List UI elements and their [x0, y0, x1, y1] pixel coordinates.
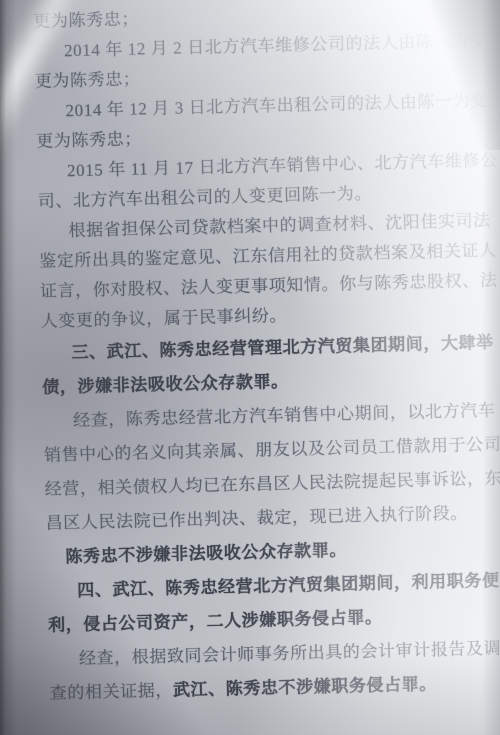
text-run: 更为陈秀忠； [36, 129, 142, 151]
text-run: 经营，相关债权人均已在东昌区人民法院提起民事诉讼，东 [45, 469, 500, 499]
text-run: 四、武江、陈秀忠经营北方汽贸集团期间，利用职务便 [77, 571, 500, 600]
text-run: 人变更的争议，属于民事纠纷。 [40, 306, 287, 331]
document-photo: 更为陈秀忠；2014 年 12 月 2 日北方汽车维修公司的法人由陈一为变更为陈… [0, 0, 500, 735]
text-run: 更为陈秀忠； [33, 9, 139, 31]
text-run: 司、北方汽车出租公司的人变更回陈一为。 [38, 184, 373, 211]
text-run: 销售中心的名义向其亲属、朋友以及公司员工借款用于公司 [44, 435, 500, 465]
text-run: 鉴定所出具的鉴定意见、江东信用社的贷款档案及相关证人 [39, 241, 497, 271]
text-run: 经查，陈秀忠经营北方汽车销售中心期间，以北方汽车 [73, 401, 496, 430]
text-run: 债，涉嫌非法吸收公众存款罪。 [42, 372, 289, 397]
text-run: 利，侵占公司资产，二人涉嫌职务侵占罪。 [48, 608, 383, 635]
document-text: 更为陈秀忠；2014 年 12 月 2 日北方汽车维修公司的法人由陈一为变更为陈… [33, 0, 500, 711]
text-run: 武江、陈秀忠不涉嫌职务侵占罪。 [173, 674, 437, 699]
text-run: 昌区人民法院已作出判决、裁定，现已进入执行阶段。 [45, 504, 468, 533]
text-run: 2014 年 12 月 3 日北方汽车出租公司的法人由陈一为变 [65, 91, 488, 120]
text-run: 2014 年 12 月 2 日北方汽车维修公司的法人由陈一为变 [64, 31, 487, 60]
text-run: 更为陈秀忠； [35, 69, 141, 91]
text-run: 根据省担保公司贷款档案中的调查材料、沈阳佳实司法 [68, 211, 491, 240]
text-run: 查的相关证据， [50, 681, 174, 703]
text-run: 三、武江、陈秀忠经营管理北方汽贸集团期间，大肆举 [71, 333, 494, 362]
text-run: 陈秀忠不涉嫌非法吸收公众存款罪。 [65, 540, 347, 566]
text-run: 2015 年 11 月 17 日北方汽车销售中心、北方汽车维修公 [67, 151, 498, 181]
text-run: 经查，根据致同会计师事务所出具的会计审计报告及调 [79, 639, 500, 668]
text-run: 证言，你对股权、法人变更事项知情。你与陈秀忠股权、法 [40, 271, 498, 301]
